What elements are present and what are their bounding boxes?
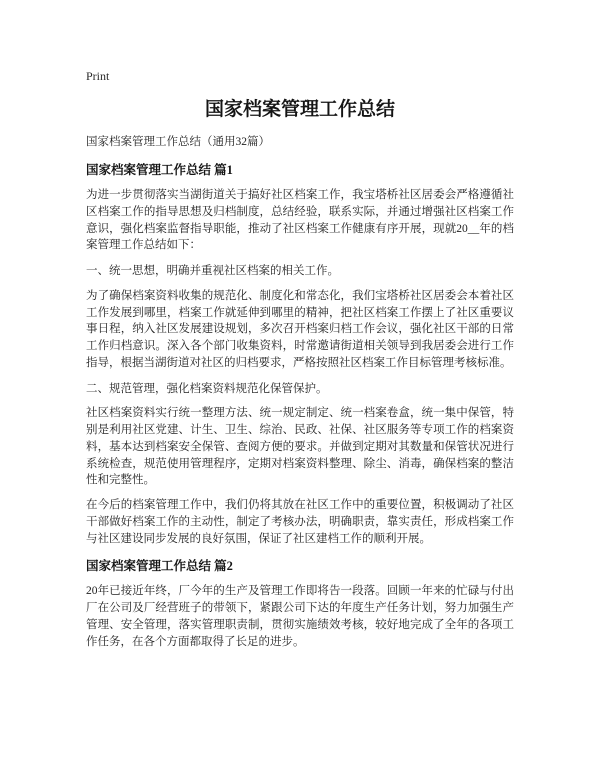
- body-paragraph: 社区档案资料实行统一整理方法、统一规定制定、统一档案卷盒，统一集中保管，特别是利…: [86, 405, 514, 489]
- section-2-heading: 国家档案管理工作总结 篇2: [86, 558, 514, 575]
- print-link[interactable]: Print: [86, 69, 109, 83]
- document-page: Print 国家档案管理工作总结 国家档案管理工作总结（通用32篇） 国家档案管…: [0, 0, 600, 776]
- doc-subtitle: 国家档案管理工作总结（通用32篇）: [86, 134, 514, 151]
- page-title: 国家档案管理工作总结: [86, 99, 514, 121]
- section-subheading: 二、规范管理，强化档案资料规范化保管保护。: [86, 381, 514, 398]
- body-paragraph: 20年已接近年终，厂今年的生产及管理工作即将告一段落。回顾一年来的忙碌与付出厂在…: [86, 583, 514, 650]
- body-paragraph: 为进一步贯彻落实当湖街道关于搞好社区档案工作，我宝塔桥社区居委会严格遵循社区档案…: [86, 187, 514, 254]
- section-1-heading: 国家档案管理工作总结 篇1: [86, 162, 514, 179]
- section-subheading: 一、统一思想，明确并重视社区档案的相关工作。: [86, 263, 514, 280]
- body-paragraph: 为了确保档案资料收集的规范化、制度化和常态化，我们宝塔桥社区居委会本着社区工作发…: [86, 288, 514, 372]
- body-paragraph: 在今后的档案管理工作中，我们仍将其放在社区工作中的重要位置，积极调动了社区干部做…: [86, 497, 514, 547]
